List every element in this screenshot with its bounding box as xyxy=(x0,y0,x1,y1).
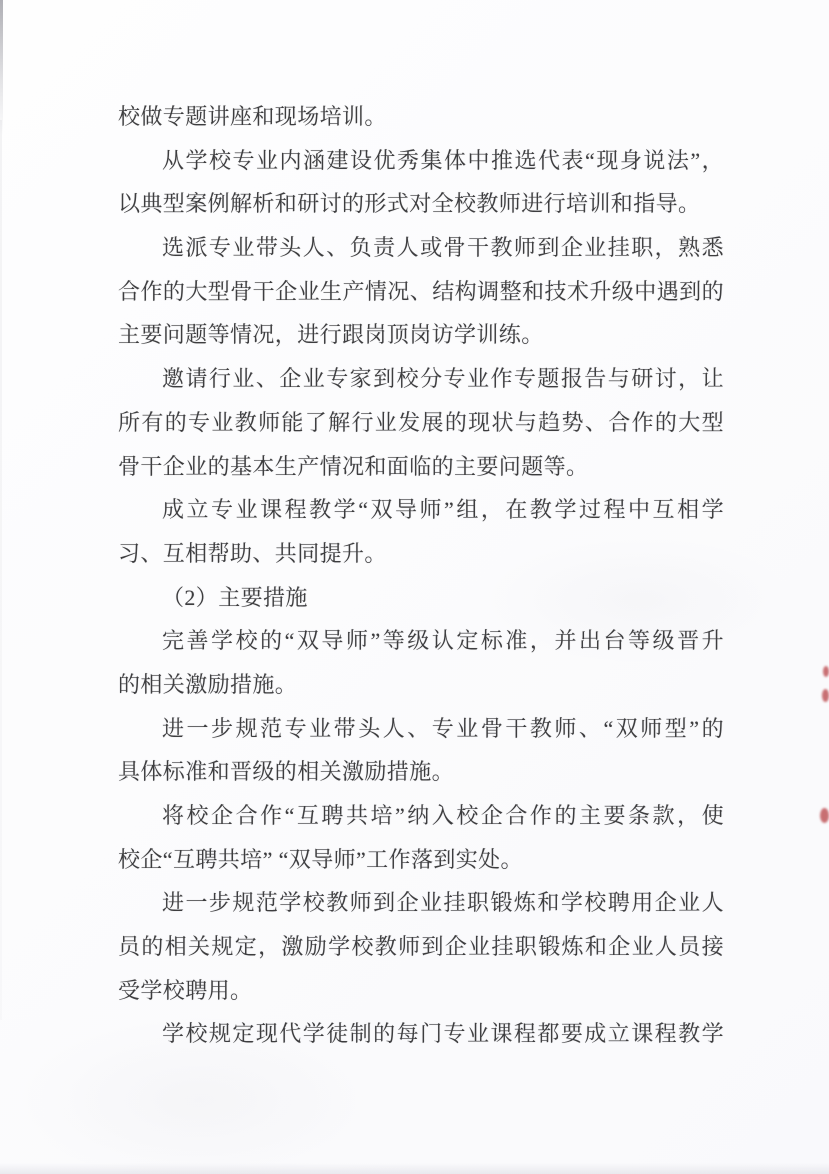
text-line: 具体标准和晋级的相关激励措施。 xyxy=(118,750,724,794)
text-line: 主要问题等情况，进行跟岗顶岗访学训练。 xyxy=(118,313,724,357)
text-line: 进一步规范学校教师到企业挂职锻炼和学校聘用企业人 xyxy=(118,881,724,925)
scanned-document-page: 校做专题讲座和现场培训。从学校专业内涵建设优秀集体中推选代表“现身说法”，以典型… xyxy=(0,0,829,1174)
text-line: 邀请行业、企业专家到校分专业作专题报告与研讨，让 xyxy=(118,357,724,401)
text-line: 习、互相帮助、共同提升。 xyxy=(118,532,724,576)
text-line: 受学校聘用。 xyxy=(118,969,724,1013)
scan-edge-artifact-left xyxy=(0,0,3,135)
text-line: 将校企合作“互聘共培”纳入校企合作的主要条款，使 xyxy=(118,794,724,838)
text-line: 骨干企业的基本生产情况和面临的主要问题等。 xyxy=(118,445,724,489)
text-line: 学校规定现代学徒制的每门专业课程都要成立课程教学 xyxy=(118,1012,724,1056)
red-scan-mark xyxy=(823,666,829,677)
red-scan-mark xyxy=(820,808,829,823)
text-line: 完善学校的“双导师”等级认定标准，并出台等级晋升 xyxy=(118,619,724,663)
red-scan-mark xyxy=(822,689,829,702)
text-line: 从学校专业内涵建设优秀集体中推选代表“现身说法”， xyxy=(118,139,724,183)
text-line: 进一步规范专业带头人、专业骨干教师、“双师型”的 xyxy=(118,707,724,751)
text-line: 校企“互聘共培” “双导师”工作落到实处。 xyxy=(118,838,724,882)
scan-edge-shadow-left xyxy=(0,120,2,1020)
scan-edge-artifact-bottom xyxy=(0,1163,829,1174)
document-text-block: 校做专题讲座和现场培训。从学校专业内涵建设优秀集体中推选代表“现身说法”，以典型… xyxy=(118,95,724,1056)
text-line: 合作的大型骨干企业生产情况、结构调整和技术升级中遇到的 xyxy=(118,270,724,314)
text-line: 所有的专业教师能了解行业发展的现状与趋势、合作的大型 xyxy=(118,401,724,445)
text-line: 成立专业课程教学“双导师”组，在教学过程中互相学 xyxy=(118,488,724,532)
text-line: 以典型案例解析和研讨的形式对全校教师进行培训和指导。 xyxy=(118,182,724,226)
text-line: （2）主要措施 xyxy=(118,576,724,620)
text-line: 的相关激励措施。 xyxy=(118,663,724,707)
text-line: 选派专业带头人、负责人或骨干教师到企业挂职，熟悉 xyxy=(118,226,724,270)
text-line: 校做专题讲座和现场培训。 xyxy=(118,95,724,139)
text-line: 员的相关规定，激励学校教师到企业挂职锻炼和企业人员接 xyxy=(118,925,724,969)
